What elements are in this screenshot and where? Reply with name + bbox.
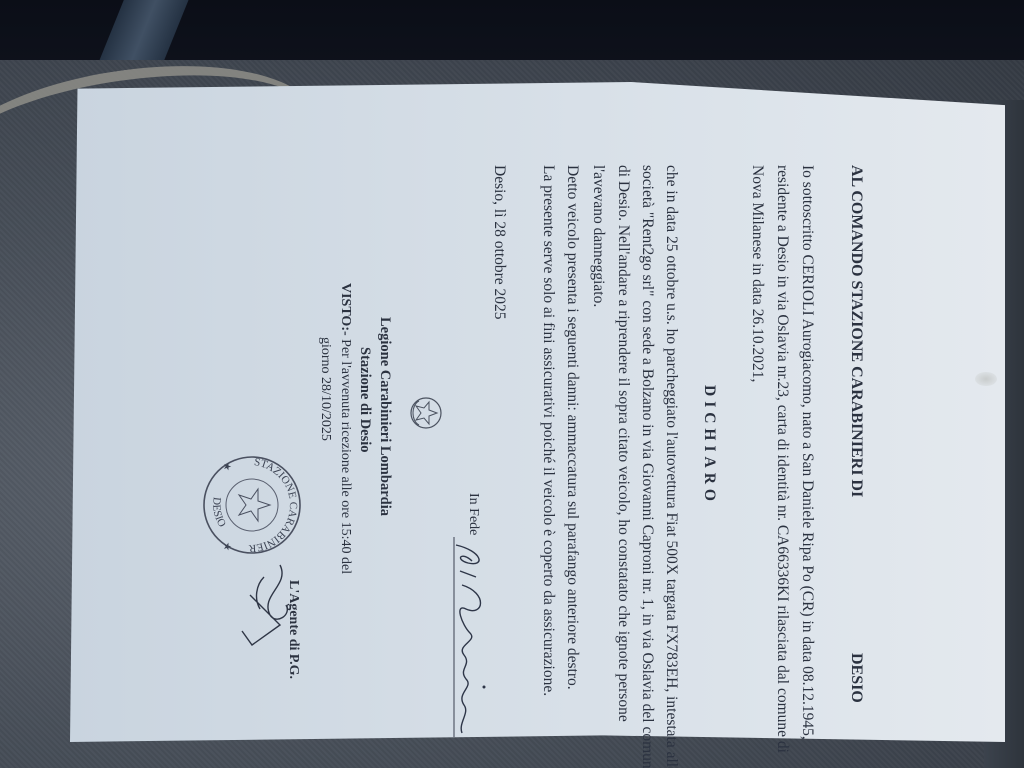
place-date: Desio, lì 28 ottobre 2025 xyxy=(492,165,508,320)
body-line: La presente serve solo ai fini assicurat… xyxy=(541,165,557,687)
body-line: l'avevano danneggiato. xyxy=(591,165,607,687)
visto-line: VISTO:- Per l'avvenuta ricezione alle or… xyxy=(338,283,352,574)
body-line: società "Rent2go srl" con sede a Bolzano… xyxy=(640,165,656,687)
authority-line: Legione Carabinieri Lombardia xyxy=(378,317,393,516)
svg-text:DESIO: DESIO xyxy=(210,496,228,529)
declaration-title: DICHIARO xyxy=(702,385,718,506)
document-page: AL COMANDO STAZIONE CARABINIERI DI DESIO… xyxy=(70,95,1000,735)
agent-label: L'Agente di P.G. xyxy=(286,580,300,679)
visto-date: giorno 28/10/2025 xyxy=(318,337,332,441)
signature-label: In Fede xyxy=(466,493,480,535)
authority-line: Stazione di Desio xyxy=(358,347,373,453)
visto-label: VISTO:- xyxy=(338,283,353,336)
intro-line: Nova Milanese in data 26.10.2021, xyxy=(750,165,766,687)
svg-text:★: ★ xyxy=(221,542,232,551)
visto-text: Per l'avvenuta ricezione alle ore 15:40 … xyxy=(338,339,353,574)
intro-line: Io sottoscritto CERIOLI Aurogiacomo, nat… xyxy=(800,165,816,687)
svg-text:★: ★ xyxy=(221,462,232,471)
republic-emblem-icon xyxy=(407,395,445,431)
stamp-bottom-text: DESIO xyxy=(210,496,228,529)
intro-line: residente a Desio in via Oslavia nr.23, … xyxy=(775,165,791,687)
body-line: Detto veicolo presenta i seguenti danni:… xyxy=(565,165,581,687)
body-line: di Desio. Nell'andare a riprendere il so… xyxy=(616,165,632,687)
addressee-heading: AL COMANDO STAZIONE CARABINIERI DI xyxy=(848,165,864,497)
handwritten-signature xyxy=(444,537,492,737)
city-heading: DESIO xyxy=(848,653,864,703)
carabinieri-stamp: STAZIONE CARABINIERI DESIO ★ ★ xyxy=(200,450,310,560)
body-line: che in data 25 ottobre u.s. ho parcheggi… xyxy=(664,165,680,687)
